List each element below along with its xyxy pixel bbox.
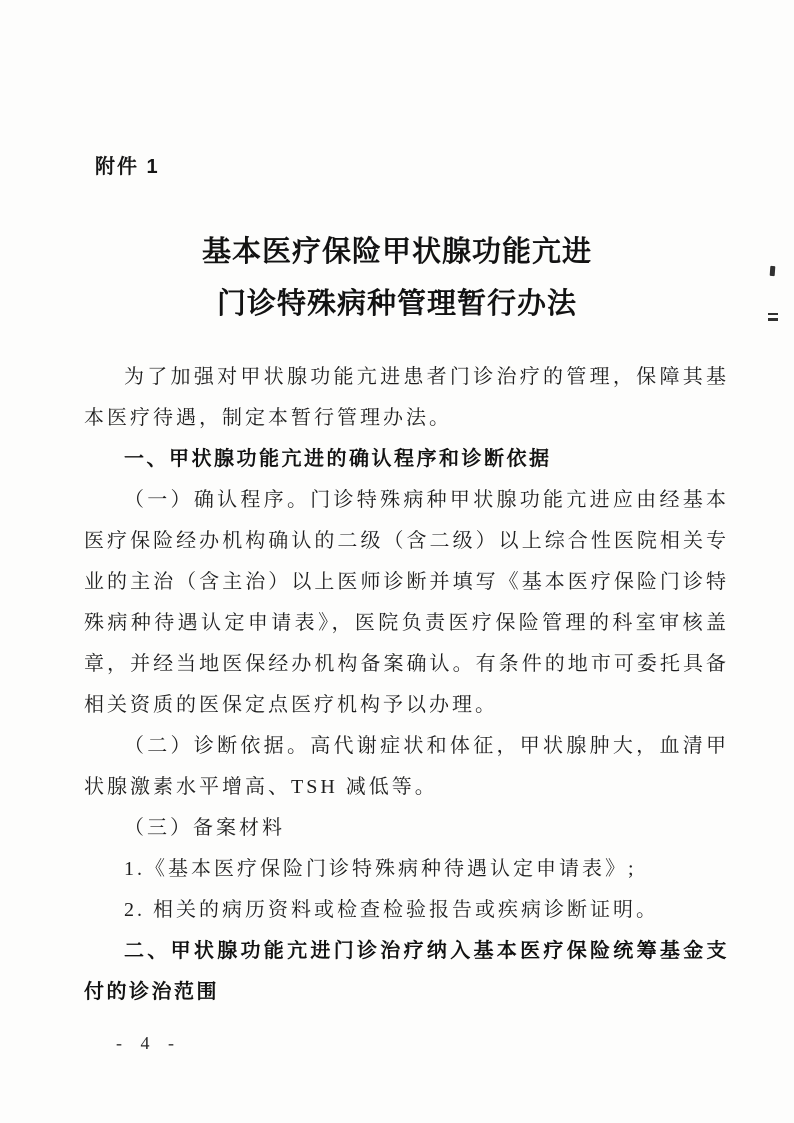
title-line-2: 门诊特殊病种管理暂行办法 — [0, 278, 794, 330]
scan-artifact — [768, 313, 778, 321]
title-line-1: 基本医疗保险甲状腺功能亢进 — [0, 226, 794, 278]
document-page: 附件 1 基本医疗保险甲状腺功能亢进 门诊特殊病种管理暂行办法 为了加强对甲状腺… — [0, 0, 794, 1123]
document-body: 为了加强对甲状腺功能亢进患者门诊治疗的管理，保障其基本医疗待遇，制定本暂行管理办… — [84, 357, 729, 1013]
body-paragraph: （一）确认程序。门诊特殊病种甲状腺功能亢进应由经基本医疗保险经办机构确认的二级（… — [84, 480, 729, 726]
page-number: - 4 - — [116, 1033, 181, 1054]
body-paragraph: （二）诊断依据。高代谢症状和体征，甲状腺肿大，血清甲状腺激素水平增高、TSH 减… — [84, 726, 729, 808]
attachment-label: 附件 1 — [95, 150, 160, 179]
body-paragraph: 为了加强对甲状腺功能亢进患者门诊治疗的管理，保障其基本医疗待遇，制定本暂行管理办… — [84, 357, 729, 439]
section-heading: 一、甲状腺功能亢进的确认程序和诊断依据 — [84, 439, 729, 480]
body-paragraph: （三）备案材料 — [84, 808, 729, 849]
body-paragraph: 1.《基本医疗保险门诊特殊病种待遇认定申请表》; — [84, 849, 729, 890]
document-title: 基本医疗保险甲状腺功能亢进 门诊特殊病种管理暂行办法 — [0, 226, 794, 330]
section-heading: 二、甲状腺功能亢进门诊治疗纳入基本医疗保险统筹基金支付的诊治范围 — [84, 931, 729, 1013]
body-paragraph: 2. 相关的病历资料或检查检验报告或疾病诊断证明。 — [84, 890, 729, 931]
scan-artifact — [770, 266, 776, 276]
